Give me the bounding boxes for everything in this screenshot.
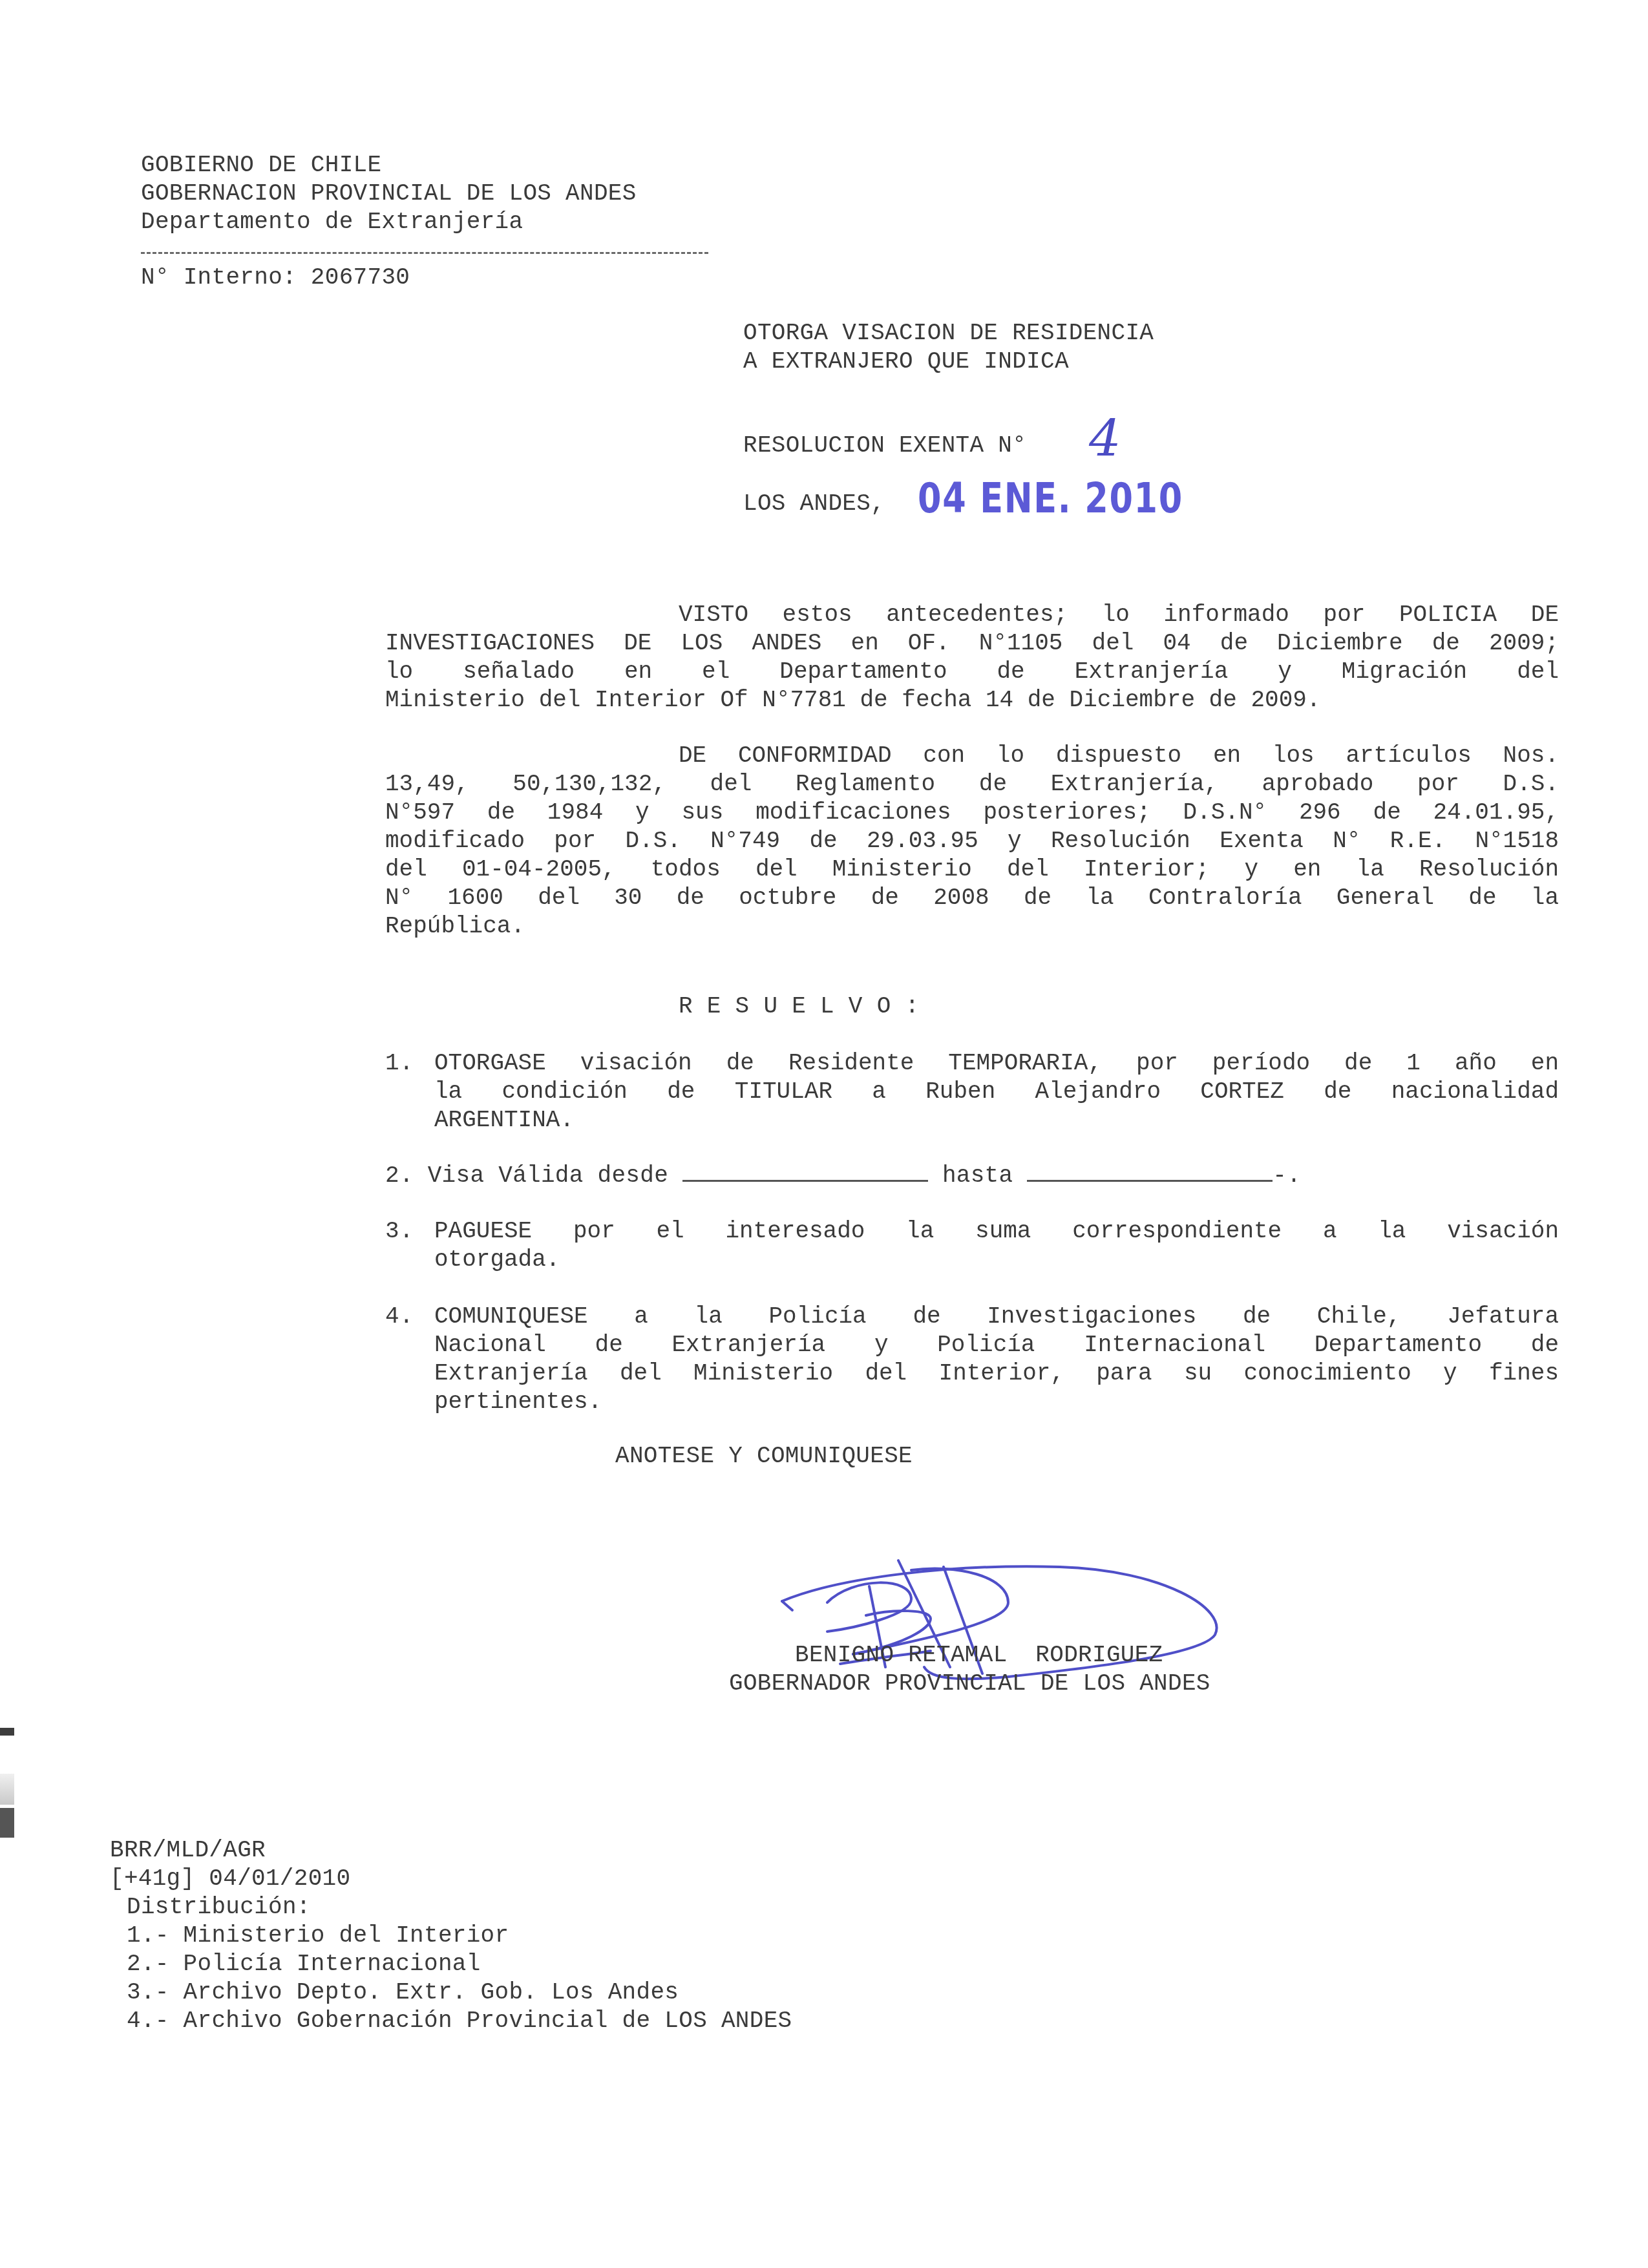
visto-paragraph: VISTO estos antecedentes; lo informado p… (385, 601, 1559, 715)
header-government: GOBIERNO DE CHILE (141, 151, 381, 180)
visto-line: lo señalado en el Departamento de Extran… (385, 658, 1559, 686)
conformidad-line: DE CONFORMIDAD con lo dispuesto en los a… (385, 742, 1559, 770)
conformidad-line: del 01-04-2005, todos del Ministerio del… (385, 856, 1559, 884)
item-line: Nacional de Extranjería y Policía Intern… (434, 1331, 1559, 1360)
item-2: 2. Visa Válida desde hasta -. (385, 1160, 1301, 1190)
resolution-label: RESOLUCION EXENTA N° (743, 432, 1026, 460)
item-2-number: 2. (385, 1162, 414, 1189)
item-4-text: COMUNIQUESE a la Policía de Investigacio… (434, 1303, 1559, 1416)
visto-line: Ministerio del Interior Of N°7781 de fec… (385, 686, 1559, 715)
conformidad-line: 13,49, 50,130,132, del Reglamento de Ext… (385, 770, 1559, 799)
item-line: OTORGASE visación de Residente TEMPORARI… (434, 1049, 1559, 1078)
document-page: GOBIERNO DE CHILE GOBERNACION PROVINCIAL… (0, 0, 1648, 2268)
header-governorate: GOBERNACION PROVINCIAL DE LOS ANDES (141, 180, 637, 208)
place-label: LOS ANDES, (743, 490, 885, 518)
distribution-item: 2.- Policía Internacional (127, 1950, 481, 1979)
valid-to-field[interactable] (1027, 1160, 1273, 1182)
item-1-number: 1. (385, 1049, 414, 1078)
date-stamp: 04 ENE. 2010 (918, 476, 1183, 522)
header-divider (141, 252, 708, 254)
item-line: Extranjería del Ministerio del Interior,… (434, 1360, 1559, 1388)
distribution-label: Distribución: (127, 1893, 311, 1922)
internal-number-label: N° Interno: (141, 264, 297, 291)
conformidad-line: N°597 de 1984 y sus modificaciones poste… (385, 799, 1559, 827)
item-line: ARGENTINA. (434, 1106, 1559, 1135)
conformidad-line: República. (385, 912, 1559, 941)
resolution-number-handwritten: 4 (1089, 414, 1121, 465)
footer-initials: BRR/MLD/AGR (110, 1836, 266, 1865)
valid-from-label: Visa Válida desde (428, 1162, 668, 1189)
distribution-item: 4.- Archivo Gobernación Provincial de LO… (127, 2007, 792, 2035)
internal-number: N° Interno: 2067730 (141, 264, 410, 292)
item-1-text: OTORGASE visación de Residente TEMPORARI… (434, 1049, 1559, 1135)
visto-line: INVESTIGACIONES DE LOS ANDES en OF. N°11… (385, 629, 1559, 658)
item-line: PAGUESE por el interesado la suma corres… (434, 1217, 1559, 1246)
item-3-number: 3. (385, 1217, 414, 1246)
valid-from-field[interactable] (682, 1160, 928, 1182)
distribution-item: 1.- Ministerio del Interior (127, 1922, 509, 1950)
scan-edge-mark (0, 1808, 14, 1838)
resuelvo-heading: R E S U E L V O : (679, 992, 919, 1021)
conformidad-line: modificado por D.S. N°749 de 29.03.95 y … (385, 827, 1559, 856)
signatory-name: BENIGNO RETAMAL RODRIGUEZ (795, 1641, 1163, 1670)
header-department: Departamento de Extranjería (141, 208, 523, 236)
visto-line: VISTO estos antecedentes; lo informado p… (385, 601, 1559, 629)
item-line: la condición de TITULAR a Ruben Alejandr… (434, 1078, 1559, 1106)
item-3-text: PAGUESE por el interesado la suma corres… (434, 1217, 1559, 1274)
item-line: otorgada. (434, 1246, 1559, 1274)
valid-to-label: hasta (942, 1162, 1013, 1189)
internal-number-value: 2067730 (311, 264, 410, 291)
distribution-item: 3.- Archivo Depto. Extr. Gob. Los Andes (127, 1979, 679, 2007)
closing-formula: ANOTESE Y COMUNIQUESE (615, 1442, 913, 1471)
subject-line-2: A EXTRANJERO QUE INDICA (743, 348, 1069, 376)
item-line: COMUNIQUESE a la Policía de Investigacio… (434, 1303, 1559, 1331)
item-4-number: 4. (385, 1303, 414, 1331)
scan-edge-mark (0, 1728, 14, 1736)
footer-reference-date: [+41g] 04/01/2010 (110, 1865, 350, 1893)
scan-edge-mark (0, 1774, 14, 1805)
conformidad-paragraph: DE CONFORMIDAD con lo dispuesto en los a… (385, 742, 1559, 941)
signatory-title: GOBERNADOR PROVINCIAL DE LOS ANDES (729, 1670, 1210, 1698)
conformidad-line: N° 1600 del 30 de octubre de 2008 de la … (385, 884, 1559, 912)
item-2-suffix: -. (1273, 1162, 1301, 1189)
subject-line-1: OTORGA VISACION DE RESIDENCIA (743, 319, 1154, 348)
item-line: pertinentes. (434, 1388, 1559, 1416)
